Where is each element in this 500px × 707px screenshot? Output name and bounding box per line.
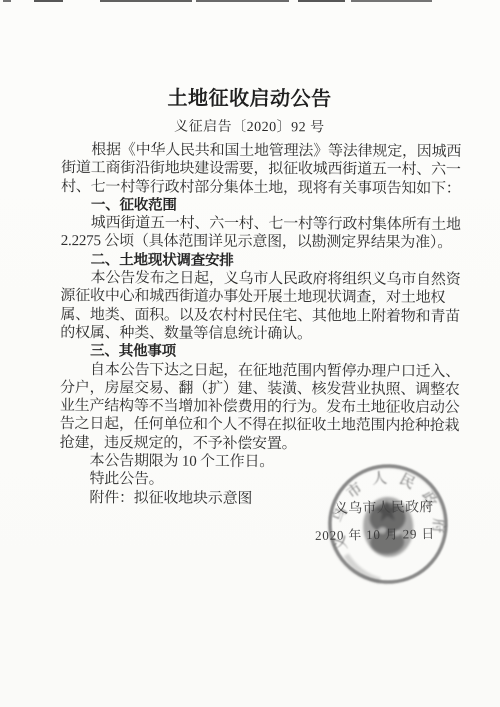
body-line: 的权属、种类、数量等信息统计确认。 xyxy=(60,324,462,344)
body-line: 属、地类、面积。以及农村村民住宅、其他地上附着物和青苗 xyxy=(60,306,462,326)
body-line: 告之日起，任何单位和个人不得在拟征收土地范围内抢种抢栽 xyxy=(60,415,462,435)
section-heading: 三、其他事项 xyxy=(60,342,462,362)
body-line: 源征收中心和城西街道办事处开展土地现状调查，对土地权 xyxy=(60,287,462,307)
notice-document: 土地征收启动公告 义征启告〔2020〕92 号 根据《中华人民共和国土地管理法》… xyxy=(0,0,500,509)
body-line: 业生产结构等不当增加补偿费用的行为。发布土地征收启动公 xyxy=(60,397,462,417)
body-line: 2.2275 公顷（具体范围详见示意图，以勘测定界结果为准）。 xyxy=(61,232,463,252)
body-line: 自本公告下达之日起，在征地范围内暂停办理户口迁入、 xyxy=(60,361,462,381)
notice-title: 土地征收启动公告 xyxy=(0,87,500,112)
issue-date: 2020 年 10 月 29 日 xyxy=(315,523,435,544)
body-line: 根据《中华人民共和国土地管理法》等法律规定，因城西 xyxy=(61,141,463,161)
body-line: 本公告发布之日起，义乌市人民政府将组织义乌市自然资 xyxy=(60,269,462,289)
issuer-name: 义乌市人民政府 xyxy=(334,496,434,518)
body-line: 街道工商街沿街地块建设需要，拟征收城西街道五一村、六一 xyxy=(61,159,463,179)
section-heading: 一、征收范围 xyxy=(61,196,463,216)
notice-number: 义征启告〔2020〕92 号 xyxy=(0,118,499,138)
section-heading: 二、土地现状调查安排 xyxy=(61,251,463,271)
body-line: 村、七一村等行政村部分集体土地，现将有关事项告知如下： xyxy=(61,178,463,198)
body-line: 分户，房屋交易、翻（扩）建、装潢、核发营业执照、调整农 xyxy=(60,379,462,399)
body-line: 城西街道五一村、六一村、七一村等行政村集体所有土地 xyxy=(61,214,463,234)
document-page: 土地征收启动公告 义征启告〔2020〕92 号 根据《中华人民共和国土地管理法》… xyxy=(0,0,500,707)
